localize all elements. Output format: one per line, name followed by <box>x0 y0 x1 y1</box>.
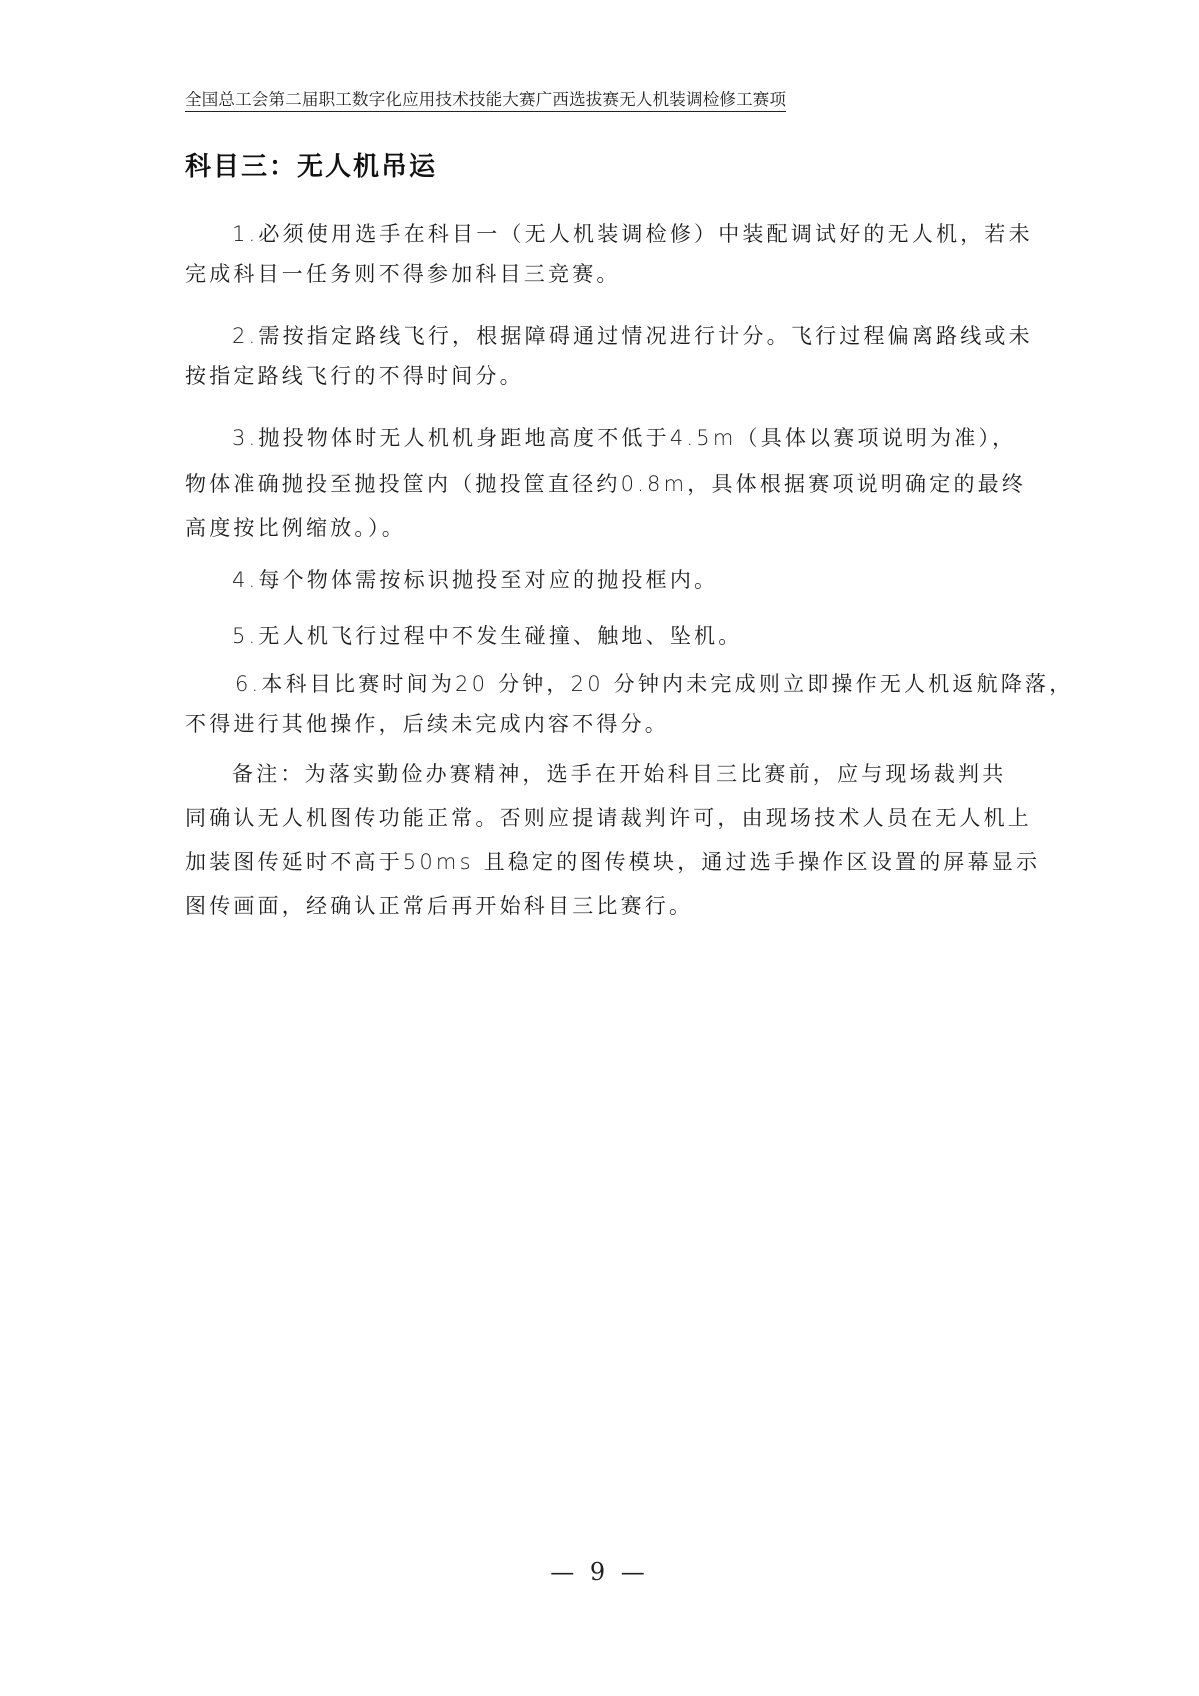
note-line-3: 加装图传延时不高于50ms 且稳定的图传模块，通过选手操作区设置的屏幕显示 <box>185 840 1025 884</box>
rule-1-line-2: 完成科目一任务则不得参加科目三竞赛。 <box>185 254 1025 294</box>
section-title: 科目三：无人机吊运 <box>185 146 437 183</box>
rule-4-line-1: 4.每个物体需按标识抛投至对应的抛投框内。 <box>185 560 1025 600</box>
rule-2-line-1: 2.需按指定路线飞行，根据障碍通过情况进行计分。飞行过程偏离路线或未 <box>185 316 1025 356</box>
note-line-2: 同确认无人机图传功能正常。否则应提请裁判许可，由现场技术人员在无人机上 <box>185 796 1025 840</box>
rule-3-line-3: 高度按比例缩放。）。 <box>185 508 1025 548</box>
document-page: 全国总工会第二届职工数字化应用技术技能大赛广西选拔赛无人机装调检修工赛项 科目三… <box>0 0 1199 1696</box>
rule-4: 4.每个物体需按标识抛投至对应的抛投框内。 <box>185 560 1025 600</box>
note-line-4: 图传画面，经确认正常后再开始科目三比赛行。 <box>185 884 1025 928</box>
rule-6-line-1: 6.本科目比赛时间为20 分钟，20 分钟内未完成则立即操作无人机返航降落， <box>185 664 1025 704</box>
rule-3: 3.抛投物体时无人机机身距地高度不低于4.5m（具体以赛项说明为准）， 物体准确… <box>185 418 1025 548</box>
rule-5-line-1: 5.无人机飞行过程中不发生碰撞、触地、坠机。 <box>185 616 1025 656</box>
rule-6: 6.本科目比赛时间为20 分钟，20 分钟内未完成则立即操作无人机返航降落， 不… <box>185 664 1025 744</box>
rule-1: 1.必须使用选手在科目一（无人机装调检修）中装配调试好的无人机，若未 完成科目一… <box>185 214 1025 294</box>
page-number: — 9 — <box>0 1558 1199 1586</box>
note-line-1: 备注：为落实勤俭办赛精神，选手在开始科目三比赛前，应与现场裁判共 <box>185 752 1025 796</box>
rule-3-line-1: 3.抛投物体时无人机机身距地高度不低于4.5m（具体以赛项说明为准）， <box>185 418 1025 458</box>
rule-1-line-1: 1.必须使用选手在科目一（无人机装调检修）中装配调试好的无人机，若未 <box>185 214 1025 254</box>
rule-5: 5.无人机飞行过程中不发生碰撞、触地、坠机。 <box>185 616 1025 656</box>
rule-6-line-2: 不得进行其他操作，后续未完成内容不得分。 <box>185 704 1025 744</box>
rule-3-line-2: 物体准确抛投至抛投筐内（抛投筐直径约0.8m，具体根据赛项说明确定的最终 <box>185 464 1025 504</box>
note: 备注：为落实勤俭办赛精神，选手在开始科目三比赛前，应与现场裁判共 同确认无人机图… <box>185 752 1025 928</box>
rule-2-line-2: 按指定路线飞行的不得时间分。 <box>185 356 1025 396</box>
rule-2: 2.需按指定路线飞行，根据障碍通过情况进行计分。飞行过程偏离路线或未 按指定路线… <box>185 316 1025 396</box>
running-header: 全国总工会第二届职工数字化应用技术技能大赛广西选拔赛无人机装调检修工赛项 <box>185 86 786 112</box>
